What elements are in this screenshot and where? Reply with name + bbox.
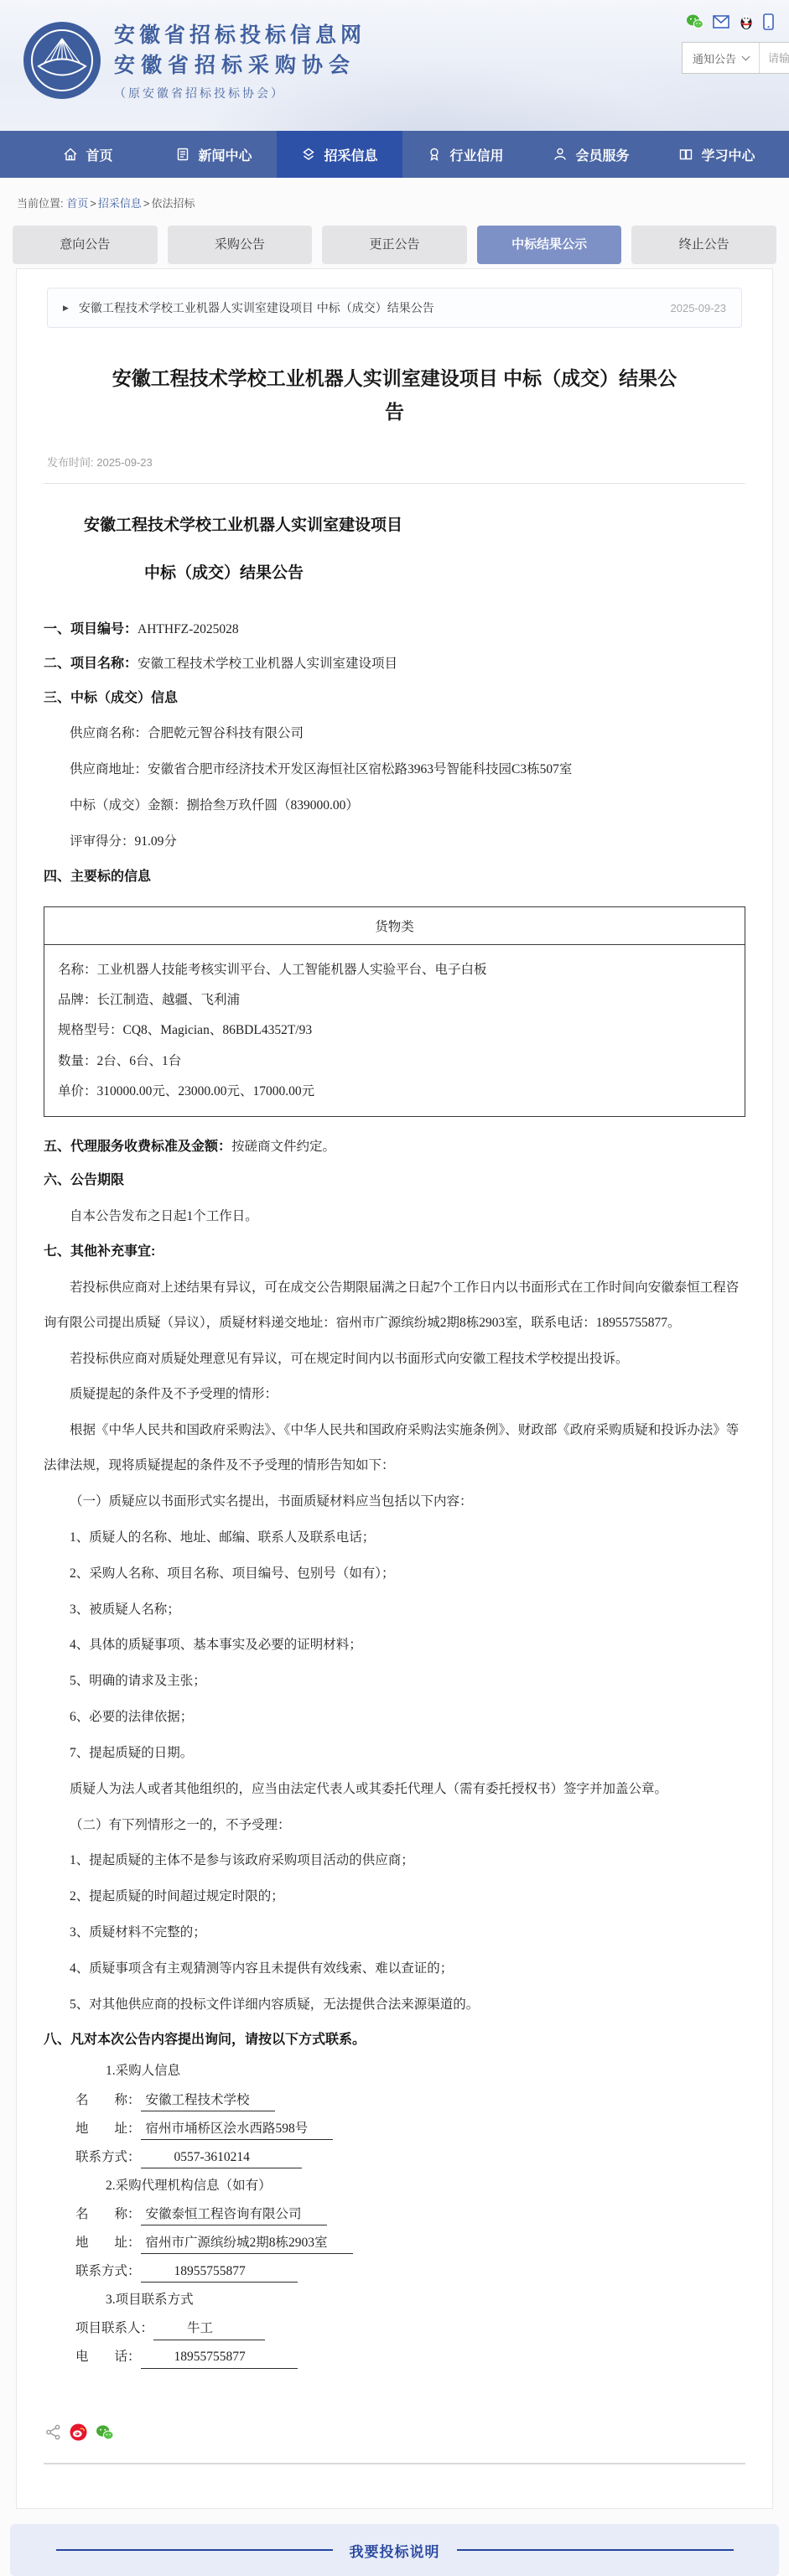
contact-subheading: 2.采购代理机构信息（如有） (44, 2172, 745, 2200)
nav-item-招采信息[interactable]: 招采信息 (277, 131, 402, 178)
goods-table-row: 数量：2台、6台、1台 (58, 1046, 731, 1077)
contact-value: 18955755877 (141, 2347, 298, 2368)
credit-icon (427, 147, 442, 162)
footer-line-left (56, 2549, 333, 2551)
breadcrumb-separator: > (90, 197, 96, 210)
search-category-label: 通知公告 (693, 50, 736, 66)
search-input[interactable] (760, 52, 789, 65)
site-title-line3: （原安徽省招标投标协会） (114, 85, 366, 101)
doc-paragraph: 5、明确的请求及主张； (44, 1664, 745, 1699)
contact-label: 项目联系人： (75, 2321, 153, 2335)
wechat-share-icon[interactable] (96, 2424, 114, 2441)
qq-icon[interactable] (739, 13, 754, 30)
breadcrumb-item-依法招标[interactable]: 依法招标 (151, 197, 195, 210)
share-row (45, 2423, 772, 2441)
publish-time: 发布时间: 2025-09-23 (47, 454, 772, 470)
doc-section-heading: 四、主要标的信息 (44, 860, 745, 895)
goods-table-row: 单价：310000.00元、23000.00元、17000.00元 (58, 1077, 731, 1107)
doc-paragraph: 2、采购人名称、项目名称、项目编号、包别号（如有）； (44, 1556, 745, 1592)
contact-line: 联系方式：18955755877 (44, 2257, 745, 2286)
publish-label: 发布时间: (47, 456, 96, 469)
learn-icon (678, 147, 693, 162)
nav-item-学习中心[interactable]: 学习中心 (654, 131, 780, 178)
nav-item-label: 学习中心 (701, 145, 755, 164)
nav-item-新闻中心[interactable]: 新闻中心 (151, 131, 277, 178)
goods-table-header: 货物类 (44, 907, 745, 945)
nav-item-label: 新闻中心 (198, 145, 252, 164)
doc-paragraph: 7、提起质疑的日期。 (44, 1736, 745, 1771)
search-category-select[interactable]: 通知公告 (683, 43, 760, 73)
doc-paragraph: 4、质疑事项含有主观猜测等内容且未提供有效线索、难以查证的； (44, 1951, 745, 1987)
doc-paragraph: 供应商名称：合肥乾元智谷科技有限公司 (44, 716, 745, 751)
doc-paragraph: 若投标供应商对质疑处理意见有异议，可在规定时间内以书面形式向安徽工程技术学校提出… (44, 1342, 745, 1377)
footer-banner[interactable]: 我要投标说明 (10, 2524, 779, 2576)
main-nav: 首页新闻中心招采信息行业信用会员服务学习中心 (0, 131, 789, 178)
contact-value: 安徽工程技术学校 (141, 2090, 275, 2111)
doc-paragraph: 评审得分：91.09分 (44, 824, 745, 860)
breadcrumb: 当前位置: 首页>招采信息>依法招标 (17, 195, 789, 210)
contact-label: 地 址： (75, 2236, 141, 2250)
doc-section-heading: 三、中标（成交）信息 (44, 682, 745, 716)
doc-paragraph: 中标（成交）金额：捌拾叁万玖仟圆（839000.00） (44, 788, 745, 823)
site-title-line1: 安徽省招标投标信息网 (114, 22, 366, 49)
tab-采购公告[interactable]: 采购公告 (168, 226, 313, 264)
contact-subheading: 3.项目联系方式 (44, 2286, 745, 2314)
contact-label: 联系方式： (75, 2264, 141, 2278)
content-card: ▶ 安徽工程技术学校工业机器人实训室建设项目 中标（成交）结果公告 2025-0… (16, 268, 773, 2509)
contact-line: 联系方式：0557-3610214 (44, 2143, 745, 2172)
header-search: 通知公告 (682, 42, 789, 74)
breadcrumb-item-招采信息[interactable]: 招采信息 (98, 197, 142, 210)
announcement-date: 2025-09-23 (671, 302, 727, 314)
wechat-icon[interactable] (686, 13, 703, 30)
category-tabs: 意向公告采购公告更正公告中标结果公示终止公告 (13, 226, 776, 264)
member-icon (553, 147, 568, 162)
doc-line-value: AHTHFZ-2025028 (138, 622, 239, 636)
doc-paragraph: 3、质疑材料不完整的； (44, 1915, 745, 1950)
contact-line: 电 话：18955755877 (44, 2343, 745, 2371)
doc-paragraph: 6、必要的法律依据； (44, 1700, 745, 1735)
nav-item-行业信用[interactable]: 行业信用 (402, 131, 528, 178)
footer-line-right (457, 2549, 734, 2551)
nav-item-label: 首页 (86, 145, 112, 164)
doc-section-heading: 七、其他补充事宜: (44, 1235, 745, 1270)
doc-paragraph: 供应商地址：安徽省合肥市经济技术开发区海恒社区宿松路3963号智能科技园C3栋5… (44, 752, 745, 787)
doc-paragraph: 根据《中华人民共和国政府采购法》、《中华人民共和国政府采购法实施条例》、财政部《… (44, 1413, 745, 1483)
divider (44, 483, 745, 484)
doc-paragraph: 质疑人为法人或者其他组织的，应当由法定代表人或其委托代理人（需有委托授权书）签字… (44, 1772, 745, 1807)
site-titles: 安徽省招标投标信息网 安徽省招标采购协会 （原安徽省招标投标协会） (114, 22, 366, 101)
goods-table-body: 名称：工业机器人技能考核实训平台、人工智能机器人实验平台、电子白板品牌：长江制造… (44, 945, 745, 1116)
doc-paragraph: 5、对其他供应商的投标文件详细内容质疑，无法提供合法来源渠道的。 (44, 1987, 745, 2023)
doc-title-line1: 安徽工程技术学校工业机器人实训室建设项目 (44, 512, 745, 535)
breadcrumb-separator: > (143, 197, 150, 210)
list-arrow-icon: ▶ (63, 304, 69, 312)
article-title: 安徽工程技术学校工业机器人实训室建设项目 中标（成交）结果公告 (109, 361, 680, 428)
mail-icon[interactable] (713, 15, 729, 29)
goods-table-row: 规格型号：CQ8、Magician、86BDL4352T/93 (58, 1015, 731, 1046)
doc-line-value: 按磋商文件约定。 (231, 1140, 335, 1154)
footer-label: 我要投标说明 (350, 2540, 440, 2561)
announcement-title: 安徽工程技术学校工业机器人实训室建设项目 中标（成交）结果公告 (79, 299, 661, 316)
contact-label: 名 称： (75, 2207, 141, 2221)
goods-table: 货物类名称：工业机器人技能考核实训平台、人工智能机器人实验平台、电子白板品牌：长… (44, 906, 745, 1117)
doc-paragraph: （二）有下列情形之一的，不予受理： (44, 1808, 745, 1843)
contact-value: 牛工 (153, 2319, 265, 2340)
contact-label: 名 称： (75, 2093, 141, 2107)
contact-subheading: 1.采购人信息 (44, 2057, 745, 2085)
doc-paragraph: 2、提起质疑的时间超过规定时限的； (44, 1879, 745, 1914)
tab-中标结果公示[interactable]: 中标结果公示 (477, 226, 622, 264)
doc-label-line: 五、代理服务收费标准及金额：按磋商文件约定。 (44, 1130, 745, 1165)
tab-终止公告[interactable]: 终止公告 (631, 226, 776, 264)
announcement-list-item[interactable]: ▶ 安徽工程技术学校工业机器人实训室建设项目 中标（成交）结果公告 2025-0… (47, 288, 742, 328)
nav-item-label: 会员服务 (575, 145, 629, 164)
doc-title-line2: 中标（成交）结果公告 (44, 560, 745, 583)
bottom-divider (44, 2463, 745, 2464)
nav-item-label: 招采信息 (324, 145, 377, 164)
nav-item-partial[interactable] (780, 131, 789, 178)
doc-paragraph: （一）质疑应以书面形式实名提出，书面质疑材料应当包括以下内容： (44, 1484, 745, 1519)
contact-line: 名 称：安徽工程技术学校 (44, 2086, 745, 2115)
doc-paragraph: 自本公告发布之日起1个工作日。 (44, 1199, 745, 1234)
contact-line: 项目联系人：牛工 (44, 2314, 745, 2343)
site-header: 安徽省招标投标信息网 安徽省招标采购协会 （原安徽省招标投标协会） (0, 0, 789, 131)
doc-line-label: 一、项目编号： (44, 622, 138, 636)
doc-section-heading: 八、凡对本次公告内容提出询问，请按以下方式联系。 (44, 2023, 745, 2058)
doc-paragraph: 1、提起质疑的主体不是参与该政府采购项目活动的供应商； (44, 1843, 745, 1878)
mobile-icon[interactable] (763, 13, 774, 30)
breadcrumb-prefix: 当前位置: (17, 197, 64, 210)
contact-label: 地 址： (75, 2122, 141, 2136)
doc-paragraph: 质疑提起的条件及不予受理的情形： (44, 1377, 745, 1412)
nav-item-首页[interactable]: 首页 (25, 131, 151, 178)
publish-date: 2025-09-23 (96, 456, 153, 469)
header-quick-icons (686, 13, 774, 30)
contact-label: 联系方式： (75, 2150, 141, 2164)
tab-更正公告[interactable]: 更正公告 (322, 226, 467, 264)
home-icon (63, 147, 78, 162)
doc-line-label: 二、项目名称： (44, 657, 138, 671)
doc-paragraph: 3、被质疑人名称； (44, 1592, 745, 1628)
contact-line: 名 称：安徽泰恒工程咨询有限公司 (44, 2200, 745, 2229)
contact-value: 安徽泰恒工程咨询有限公司 (141, 2205, 327, 2225)
breadcrumb-item-首页[interactable]: 首页 (66, 197, 88, 210)
doc-line-label: 五、代理服务收费标准及金额： (44, 1140, 231, 1154)
contact-value: 18955755877 (141, 2262, 298, 2283)
contact-line: 地 址：宿州市埇桥区浍水西路598号 (44, 2115, 745, 2143)
contact-label: 电 话： (75, 2350, 141, 2364)
doc-line-value: 安徽工程技术学校工业机器人实训室建设项目 (138, 657, 397, 671)
site-title-line2: 安徽省招标采购协会 (114, 52, 366, 79)
goods-table-row: 品牌：长江制造、越疆、飞利浦 (58, 985, 731, 1015)
contact-value: 0557-3610214 (141, 2148, 302, 2168)
contact-line: 地 址：宿州市广源缤纷城2期8栋2903室 (44, 2229, 745, 2257)
doc-label-line: 二、项目名称：安徽工程技术学校工业机器人实训室建设项目 (44, 647, 745, 682)
contact-value: 宿州市埇桥区浍水西路598号 (141, 2119, 334, 2140)
doc-label-line: 一、项目编号：AHTHFZ-2025028 (44, 613, 745, 647)
doc-paragraph: 若投标供应商对上述结果有异议，可在成交公告期限届满之日起7个工作日内以书面形式在… (44, 1270, 745, 1341)
doc-blocks: 一、项目编号：AHTHFZ-2025028二、项目名称：安徽工程技术学校工业机器… (44, 613, 745, 2371)
site-logo (22, 20, 102, 101)
contact-value: 宿州市广源缤纷城2期8栋2903室 (141, 2233, 353, 2254)
weibo-icon[interactable] (70, 2423, 87, 2441)
tab-意向公告[interactable]: 意向公告 (13, 226, 158, 264)
share-icon[interactable] (45, 2424, 61, 2440)
nav-item-label: 行业信用 (449, 145, 503, 164)
nav-item-会员服务[interactable]: 会员服务 (528, 131, 654, 178)
goods-table-row: 名称：工业机器人技能考核实训平台、人工智能机器人实验平台、电子白板 (58, 955, 731, 985)
news-icon (175, 147, 190, 162)
bid-info-icon (301, 147, 316, 162)
doc-paragraph: 1、质疑人的名称、地址、邮编、联系人及联系电话； (44, 1520, 745, 1555)
doc-section-heading: 六、公告期限 (44, 1164, 745, 1198)
chevron-down-icon (742, 53, 750, 61)
doc-paragraph: 4、具体的质疑事项、基本事实及必要的证明材料； (44, 1628, 745, 1663)
document-body: 安徽工程技术学校工业机器人实训室建设项目 中标（成交）结果公告 一、项目编号：A… (44, 512, 745, 2371)
